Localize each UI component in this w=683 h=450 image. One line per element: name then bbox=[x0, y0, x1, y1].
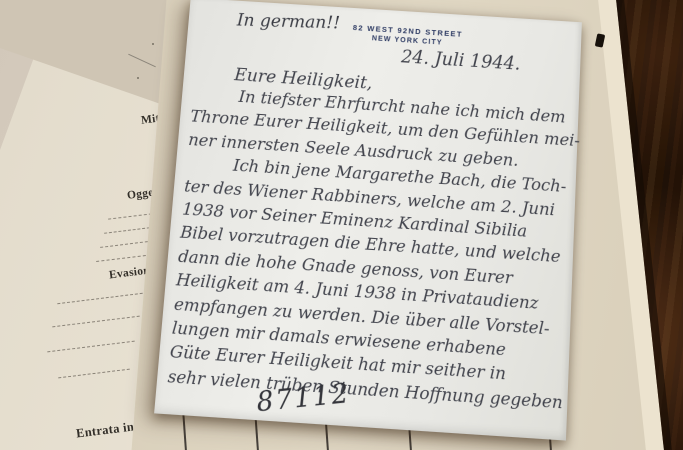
pencil-dot bbox=[137, 77, 139, 79]
letter-date: 24. Juli 1944. bbox=[401, 47, 521, 75]
photo-of-letter: Mitte Ogget Evasion Entrata in In german… bbox=[0, 0, 683, 450]
letter-body: In tiefster Ehrfurcht nahe ich mich dem … bbox=[167, 83, 575, 416]
letter-paper: In german!! 82 WEST 92ND STREET NEW YORK… bbox=[154, 0, 582, 441]
pencil-dot bbox=[152, 43, 154, 45]
